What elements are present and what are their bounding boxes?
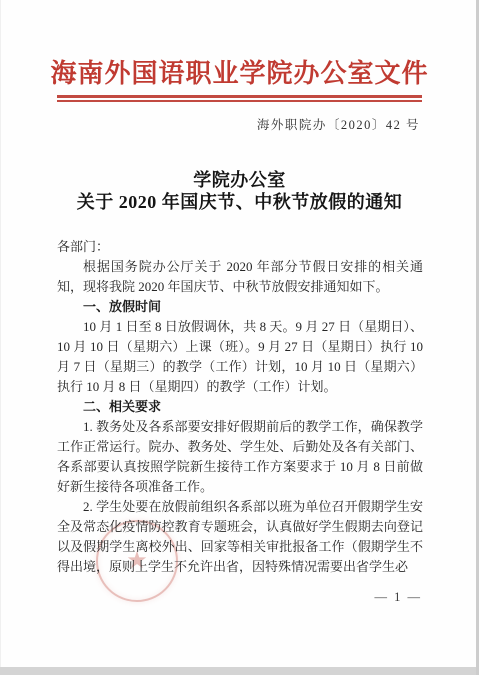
salutation: 各部门： <box>57 237 423 257</box>
document-body: 各部门： 根据国务院办公厅关于 2020 年部分节假日安排的相关通知，现将我院 … <box>57 237 423 577</box>
document-title: 学院办公室 关于 2020 年国庆节、中秋节放假的通知 <box>0 169 479 213</box>
section1-text: 10 月 1 日至 8 日放假调休，共 8 天。9 月 27 日（星期日）、10… <box>57 317 423 397</box>
divider-thick-rule <box>57 95 422 98</box>
letterhead-org-title: 海南外国语职业学院办公室文件 <box>0 0 479 90</box>
intro-paragraph: 根据国务院办公厅关于 2020 年部分节假日安排的相关通知，现将我院 2020 … <box>57 257 423 297</box>
section2-item1: 1. 教务处及各系部要安排好假期前后的教学工作，确保教学工作正常运行。院办、教务… <box>57 417 423 497</box>
section2-heading: 二、相关要求 <box>57 397 423 417</box>
page-number: — 1 — <box>375 590 423 605</box>
document-title-line2: 关于 2020 年国庆节、中秋节放假的通知 <box>0 191 479 213</box>
section1-heading: 一、放假时间 <box>57 297 423 317</box>
section2-item2: 2. 学生处要在放假前组织各系部以班为单位召开假期学生安全及常态化疫情防控教育专… <box>57 497 423 577</box>
document-page: 海南外国语职业学院办公室文件 海外职院办〔2020〕42 号 学院办公室 关于 … <box>0 0 479 675</box>
divider-thin-rule <box>57 100 422 102</box>
document-number: 海外职院办〔2020〕42 号 <box>0 115 420 133</box>
letterhead-divider <box>57 95 422 102</box>
document-title-line1: 学院办公室 <box>0 169 479 191</box>
